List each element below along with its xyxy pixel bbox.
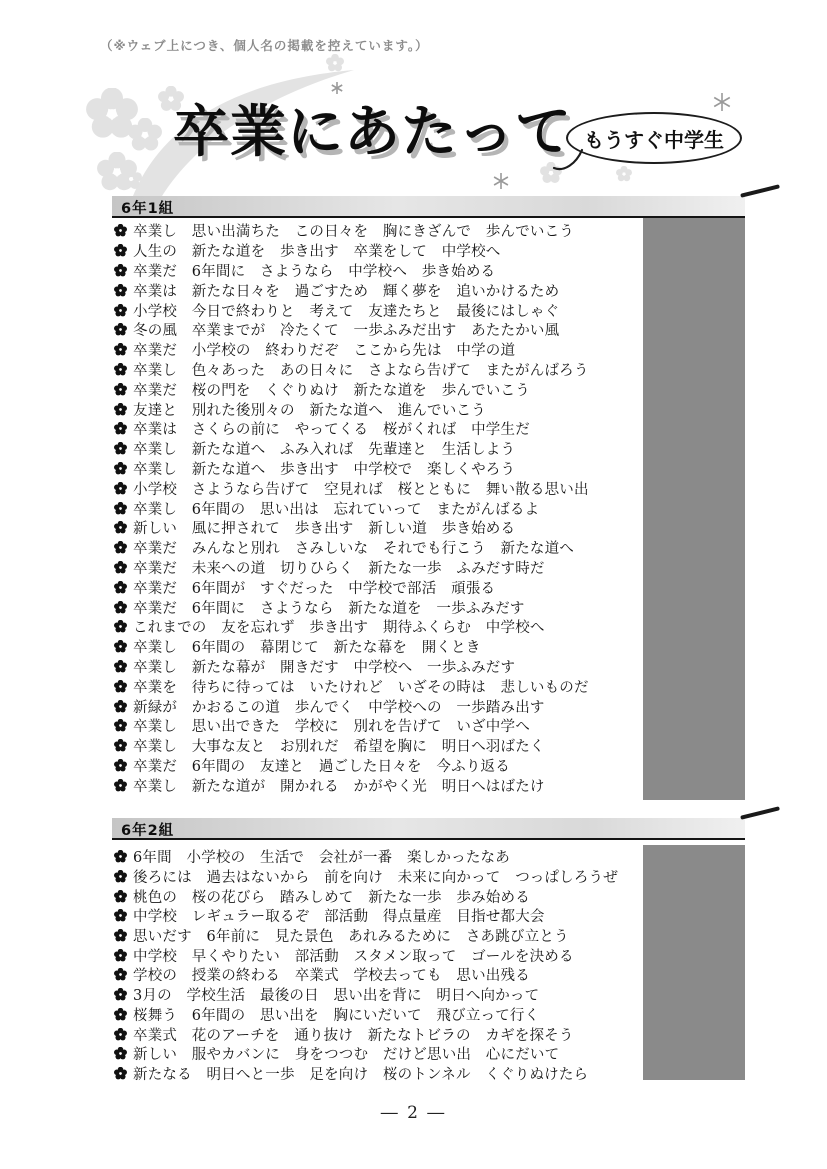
poem-line: 卒業式 花のアーチを 通り抜け 新たなトビラの カギを探そう: [114, 1024, 649, 1044]
poem-text: 新たなる 明日へと一歩 足を向け 桜のトンネル くぐりぬけたら: [133, 1063, 588, 1084]
flower-bullet-icon: [114, 383, 127, 396]
poem-line: 新しい 風に押されて 歩き出す 新しい道 歩き始める: [114, 518, 649, 538]
flower-bullet-icon: [114, 244, 127, 257]
poem-line: 卒業し 新たな道へ 歩き出す 中学校で 楽しくやろう: [114, 459, 649, 479]
poem-line: 中学校 レギュラー取るぞ 部活動 得点量産 目指せ都大会: [114, 906, 649, 926]
poem-text: 卒業し 新たな幕が 開きだす 中学校へ 一歩ふみだす: [133, 656, 515, 677]
poem-line: 人生の 新たな道を 歩き出す 卒業をして 中学校へ: [114, 241, 649, 261]
poem-text: 3月の 学校生活 最後の日 思い出を背に 明日へ向かって: [133, 984, 539, 1005]
flower-bullet-icon: [114, 759, 127, 772]
poem-text: 卒業し 新たな道へ 歩き出す 中学校で 楽しくやろう: [133, 458, 515, 479]
poem-line: 卒業だ 6年間に さようなら 新たな道を 一歩ふみだす: [114, 597, 649, 617]
flower-bullet-icon: [114, 700, 127, 713]
flower-bullet-icon: [114, 343, 127, 356]
poem-text: 桜舞う 6年間の 思い出を 胸にいだいて 飛び立って行く: [133, 1004, 539, 1025]
flower-bullet-icon: [114, 541, 127, 554]
poem-line: 卒業を 待ちに待っては いたけれど いざその時は 悲しいものだ: [114, 676, 649, 696]
poem-line: 中学校 早くやりたい 部活動 スタメン取って ゴールを決める: [114, 945, 649, 965]
document-page: （※ウェブ上につき、個人名の掲載を控えています。） 卒業にあたって もうすぐ中学…: [0, 0, 827, 1169]
flower-bullet-icon: [114, 482, 127, 495]
poem-line: 卒業だ 6年間に さようなら 中学校へ 歩き始める: [114, 261, 649, 281]
poem-line: 卒業は 新たな日々を 過ごすため 輝く夢を 追いかけるため: [114, 280, 649, 300]
flower-bullet-icon: [114, 680, 127, 693]
poem-text: 卒業は 新たな日々を 過ごすため 輝く夢を 追いかけるため: [133, 280, 559, 301]
page-number: ― 2 ―: [0, 1103, 827, 1123]
poem-text: 卒業し 新たな道が 開かれる かがやく光 明日へはばたけ: [133, 775, 545, 796]
poem-line: 卒業し 新たな道が 開かれる かがやく光 明日へはばたけ: [114, 775, 649, 795]
redaction-box-class-6-1-names: [643, 218, 745, 800]
poem-line: 思いだす 6年前に 見た景色 あれみるために さあ跳び立とう: [114, 926, 649, 946]
flower-bullet-icon: [114, 561, 127, 574]
flower-bullet-icon: [114, 581, 127, 594]
poem-text: 思いだす 6年前に 見た景色 あれみるために さあ跳び立とう: [133, 925, 569, 946]
poem-line: 卒業し 思い出満ちた この日々を 胸にきざんで 歩んでいこう: [114, 221, 649, 241]
poem-line: 桜舞う 6年間の 思い出を 胸にいだいて 飛び立って行く: [114, 1005, 649, 1025]
flower-bullet-icon: [114, 850, 127, 863]
poem-line: 卒業は さくらの前に やってくる 桜がくれば 中学生だ: [114, 419, 649, 439]
poem-line: 卒業し 6年間の 幕閉じて 新たな幕を 開くとき: [114, 637, 649, 657]
sakura-blossom-icon: [120, 168, 142, 194]
sakura-blossom-icon: [86, 88, 138, 144]
flower-bullet-icon: [114, 601, 127, 614]
flower-bullet-icon: [114, 909, 127, 922]
speech-bubble-tail-icon: [552, 148, 586, 176]
poem-line: 桃色の 桜の花びら 踏みしめて 新たな一歩 歩み始める: [114, 886, 649, 906]
poem-text: 桃色の 桜の花びら 踏みしめて 新たな一歩 歩み始める: [133, 886, 530, 907]
poem-text: 卒業し 思い出できた 学校に 別れを告げて いざ中学へ: [133, 715, 530, 736]
poem-text: 卒業式 花のアーチを 通り抜け 新たなトビラの カギを探そう: [133, 1024, 574, 1045]
flower-bullet-icon: [114, 502, 127, 515]
flower-bullet-icon: [114, 224, 127, 237]
poem-text: 卒業し 6年間の 幕閉じて 新たな幕を 開くとき: [133, 636, 481, 657]
poem-line: 新緑が かおるこの道 歩んでく 中学校への 一歩踏み出す: [114, 696, 649, 716]
poem-text: 中学校 レギュラー取るぞ 部活動 得点量産 目指せ都大会: [133, 905, 545, 926]
poem-text: 後ろには 過去はないから 前を向け 未来に向かって つっぱしろうぜ: [133, 866, 618, 887]
poem-text: 卒業し 大事な友と お別れだ 希望を胸に 明日へ羽ばたく: [133, 735, 545, 756]
poem-line: 新しい 服やカバンに 身をつつむ だけど思い出 心にだいて: [114, 1044, 649, 1064]
poem-text: これまでの 友を忘れず 歩き出す 期待ふくらむ 中学校へ: [133, 616, 545, 637]
flower-bullet-icon: [114, 988, 127, 1001]
flower-bullet-icon: [114, 323, 127, 336]
poem-line: 卒業し 色々あった あの日々に さよなら告げて またがんばろう: [114, 360, 649, 380]
poem-line: 卒業し 6年間の 思い出は 忘れていって またがんばるよ: [114, 498, 649, 518]
speech-bubble: もうすぐ中学生: [566, 112, 742, 164]
poem-text: 冬の風 卒業までが 冷たくて 一歩ふみだ出す あたたかい風: [133, 319, 559, 340]
poem-line: 小学校 今日で終わりと 考えて 友達たちと 最後にはしゃぐ: [114, 300, 649, 320]
flower-bullet-icon: [114, 949, 127, 962]
poem-text: 卒業だ 桜の門を くぐりぬけ 新たな道を 歩んでいこう: [133, 379, 530, 400]
poem-text: 新緑が かおるこの道 歩んでく 中学校への 一歩踏み出す: [133, 696, 545, 717]
poem-text: 卒業だ 6年間の 友達と 過ごした日々を 今ふり返る: [133, 755, 510, 776]
poem-text: 学校の 授業の終わる 卒業式 学校去っても 思い出残る: [133, 964, 530, 985]
sakura-blossom-icon: [326, 54, 344, 76]
poem-text: 小学校 さようなら告げて 空見れば 桜とともに 舞い散る思い出: [133, 478, 589, 499]
poem-line: 卒業し 新たな道へ ふみ入れば 先輩達と 生活しよう: [114, 439, 649, 459]
section-header-class-6-2: 6年2組: [112, 818, 745, 840]
flower-bullet-icon: [114, 620, 127, 633]
poem-line: 卒業だ 桜の門を くぐりぬけ 新たな道を 歩んでいこう: [114, 379, 649, 399]
poem-text: 卒業し 思い出満ちた この日々を 胸にきざんで 歩んでいこう: [133, 220, 574, 241]
flower-bullet-icon: [114, 719, 127, 732]
poem-line: 後ろには 過去はないから 前を向け 未来に向かって つっぱしろうぜ: [114, 867, 649, 887]
poem-text: 中学校 早くやりたい 部活動 スタメン取って ゴールを決める: [133, 945, 574, 966]
poem-text: 卒業だ みんなと別れ さみしいな それでも行こう 新たな道へ: [133, 537, 574, 558]
poem-text: 人生の 新たな道を 歩き出す 卒業をして 中学校へ: [133, 240, 501, 261]
pen-stroke-icon: [740, 184, 780, 197]
flower-bullet-icon: [114, 640, 127, 653]
sakura-blossom-icon: [128, 118, 162, 156]
poem-text: 友達と 別れた後別々の 新たな道へ 進んでいこう: [133, 399, 486, 420]
flower-bullet-icon: [114, 521, 127, 534]
sakura-blossom-icon: [97, 152, 137, 196]
poem-text: 卒業だ 小学校の 終わりだぞ ここから先は 中学の道: [133, 339, 515, 360]
sparkle-icon: [712, 92, 732, 116]
poem-text: 卒業を 待ちに待っては いたけれど いざその時は 悲しいものだ: [133, 676, 589, 697]
poem-text: 卒業だ 6年間が すぐだった 中学校で部活 頑張る: [133, 577, 495, 598]
poem-text: 新しい 服やカバンに 身をつつむ だけど思い出 心にだいて: [133, 1043, 559, 1064]
section-label-class-6-2: 6年2組: [121, 819, 174, 840]
poem-line: 卒業だ 小学校の 終わりだぞ ここから先は 中学の道: [114, 340, 649, 360]
page-title: 卒業にあたって: [173, 88, 572, 168]
speech-bubble-text: もうすぐ中学生: [584, 124, 724, 153]
poem-text: 新しい 風に押されて 歩き出す 新しい道 歩き始める: [133, 517, 515, 538]
poem-line: 新たなる 明日へと一歩 足を向け 桜のトンネル くぐりぬけたら: [114, 1064, 649, 1084]
poem-text: 卒業は さくらの前に やってくる 桜がくれば 中学生だ: [133, 418, 530, 439]
flower-bullet-icon: [114, 284, 127, 297]
poem-line: 卒業し 大事な友と お別れだ 希望を胸に 明日へ羽ばたく: [114, 736, 649, 756]
flower-bullet-icon: [114, 363, 127, 376]
flower-bullet-icon: [114, 870, 127, 883]
poem-text: 卒業だ 6年間に さようなら 中学校へ 歩き始める: [133, 260, 495, 281]
privacy-note: （※ウェブ上につき、個人名の掲載を控えています。）: [100, 36, 429, 54]
redaction-box-class-6-2-names: [643, 845, 745, 1080]
flower-bullet-icon: [114, 890, 127, 903]
flower-bullet-icon: [114, 779, 127, 792]
poem-text: 卒業し 色々あった あの日々に さよなら告げて またがんばろう: [133, 359, 589, 380]
flower-bullet-icon: [114, 660, 127, 673]
poem-text: 卒業だ 6年間に さようなら 新たな道を 一歩ふみだす: [133, 597, 525, 618]
poem-text: 卒業し 新たな道へ ふみ入れば 先輩達と 生活しよう: [133, 438, 515, 459]
flower-bullet-icon: [114, 1028, 127, 1041]
poem-line: 卒業だ 6年間の 友達と 過ごした日々を 今ふり返る: [114, 756, 649, 776]
flower-bullet-icon: [114, 264, 127, 277]
poem-list-class-6-1: 卒業し 思い出満ちた この日々を 胸にきざんで 歩んでいこう人生の 新たな道を …: [114, 221, 649, 795]
flower-bullet-icon: [114, 1008, 127, 1021]
flower-bullet-icon: [114, 403, 127, 416]
flower-bullet-icon: [114, 968, 127, 981]
poem-line: 卒業し 新たな幕が 開きだす 中学校へ 一歩ふみだす: [114, 657, 649, 677]
poem-text: 小学校 今日で終わりと 考えて 友達たちと 最後にはしゃぐ: [133, 300, 559, 321]
poem-line: 6年間 小学校の 生活で 会社が一番 楽しかったなあ: [114, 847, 649, 867]
flower-bullet-icon: [114, 462, 127, 475]
flower-bullet-icon: [114, 1047, 127, 1060]
poem-line: 卒業し 思い出できた 学校に 別れを告げて いざ中学へ: [114, 716, 649, 736]
poem-line: 卒業だ 未来への道 切りひらく 新たな一歩 ふみだす時だ: [114, 558, 649, 578]
flower-bullet-icon: [114, 442, 127, 455]
flower-bullet-icon: [114, 304, 127, 317]
flower-bullet-icon: [114, 739, 127, 752]
pen-stroke-icon: [740, 806, 780, 819]
poem-line: 卒業だ みんなと別れ さみしいな それでも行こう 新たな道へ: [114, 538, 649, 558]
flower-bullet-icon: [114, 1067, 127, 1080]
flower-bullet-icon: [114, 929, 127, 942]
poem-text: 卒業だ 未来への道 切りひらく 新たな一歩 ふみだす時だ: [133, 557, 545, 578]
poem-line: 卒業だ 6年間が すぐだった 中学校で部活 頑張る: [114, 577, 649, 597]
poem-text: 6年間 小学校の 生活で 会社が一番 楽しかったなあ: [133, 846, 510, 867]
section-label-class-6-1: 6年1組: [121, 197, 174, 218]
poem-line: 小学校 さようなら告げて 空見れば 桜とともに 舞い散る思い出: [114, 478, 649, 498]
poem-line: 友達と 別れた後別々の 新たな道へ 進んでいこう: [114, 399, 649, 419]
poem-line: 冬の風 卒業までが 冷たくて 一歩ふみだ出す あたたかい風: [114, 320, 649, 340]
poem-list-class-6-2: 6年間 小学校の 生活で 会社が一番 楽しかったなあ後ろには 過去はないから 前…: [114, 847, 649, 1083]
poem-line: 3月の 学校生活 最後の日 思い出を背に 明日へ向かって: [114, 985, 649, 1005]
poem-text: 卒業し 6年間の 思い出は 忘れていって またがんばるよ: [133, 498, 539, 519]
sparkle-icon: [492, 172, 510, 194]
sakura-blossom-icon: [616, 166, 632, 186]
poem-line: これまでの 友を忘れず 歩き出す 期待ふくらむ 中学校へ: [114, 617, 649, 637]
poem-line: 学校の 授業の終わる 卒業式 学校去っても 思い出残る: [114, 965, 649, 985]
section-header-class-6-1: 6年1組: [112, 196, 745, 218]
flower-bullet-icon: [114, 422, 127, 435]
